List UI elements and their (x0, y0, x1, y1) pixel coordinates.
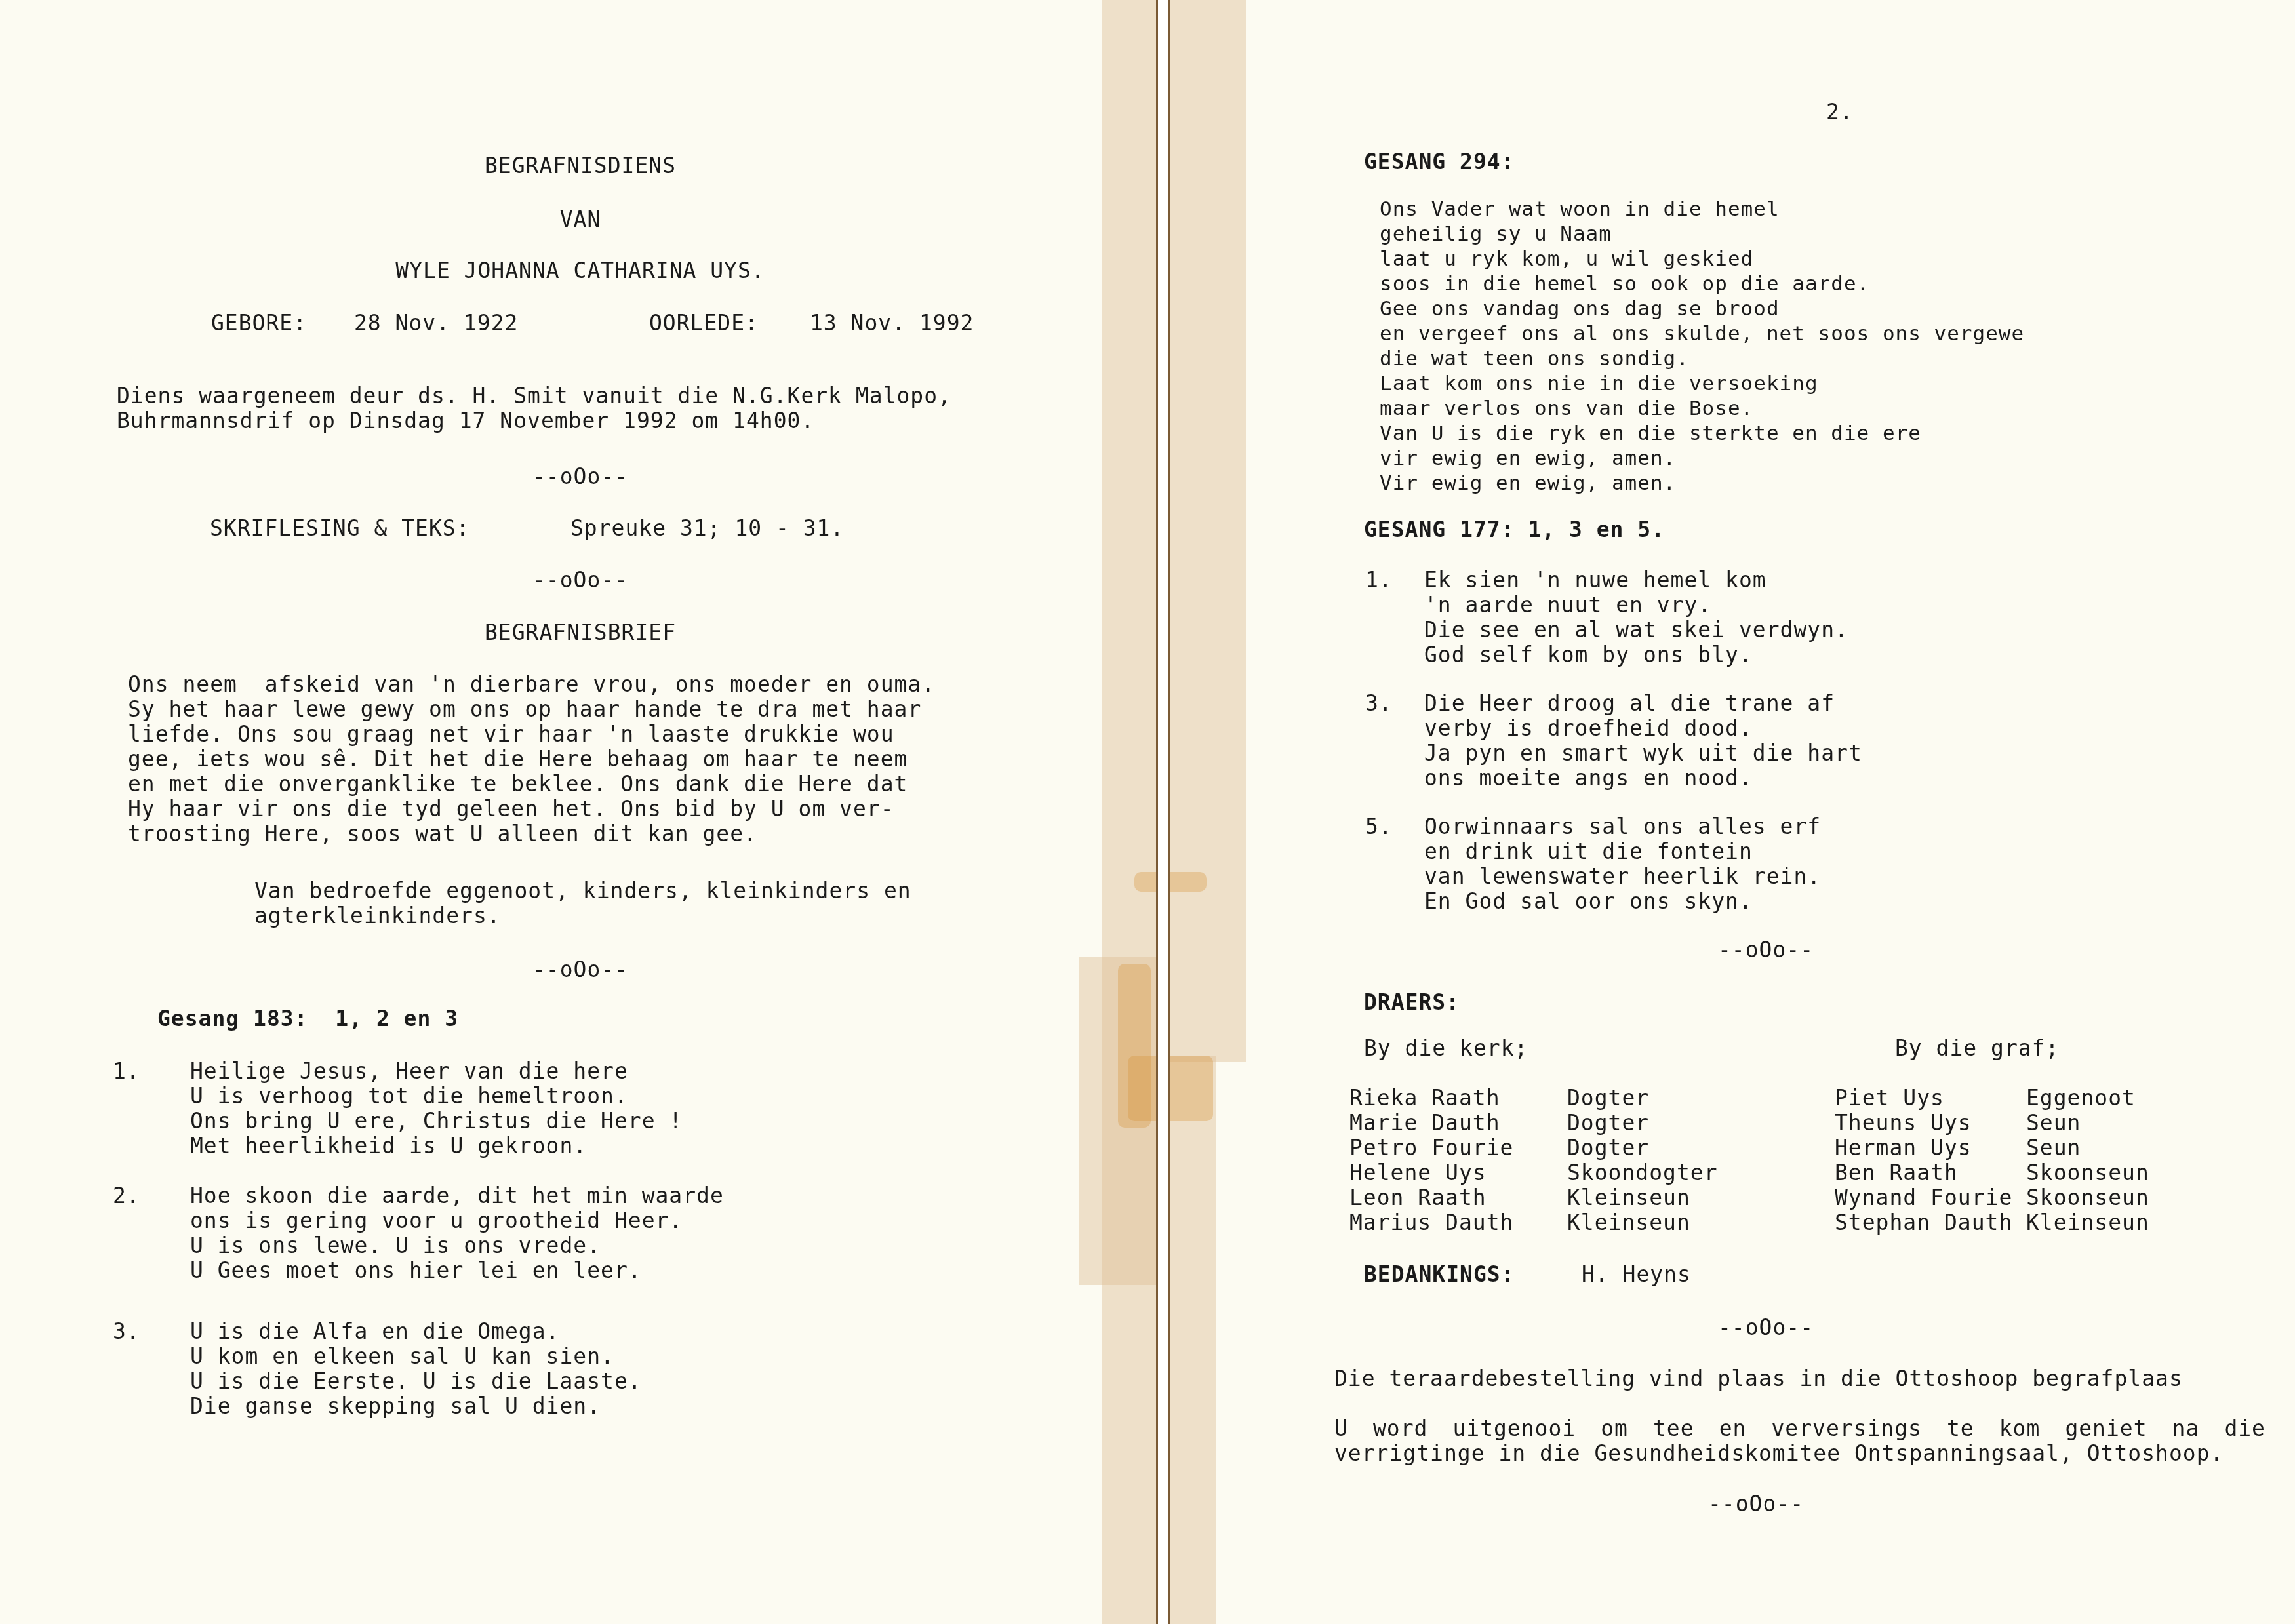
tape-strip (1102, 0, 1161, 1624)
separator: --oOo-- (0, 568, 1161, 593)
grave-bearers-relations: Eggenoot Seun Seun Skoonseun Skoonseun K… (2026, 1086, 2149, 1235)
verse-number: 3. (1365, 691, 1393, 716)
verse-number: 1. (113, 1059, 140, 1084)
page-number: 2. (1826, 100, 1854, 125)
tape-stain (1128, 1056, 1213, 1121)
thanks-value: H. Heyns (1582, 1262, 1691, 1287)
hymn-183-verse: Hoe skoon die aarde, dit het min waarde … (190, 1183, 724, 1283)
letter-signoff: Van bedroefde eggenoot, kinders, kleinki… (254, 879, 911, 928)
grave-bearers-names: Piet Uys Theuns Uys Herman Uys Ben Raath… (1835, 1086, 2012, 1235)
scripture-label: SKRIFLESING & TEKS: (210, 516, 470, 541)
tape-strip (1164, 0, 1246, 1062)
grave-bearers-heading: By die graf; (1895, 1036, 2059, 1061)
church-bearers-relations: Dogter Dogter Dogter Skoondogter Kleinse… (1567, 1086, 1718, 1235)
verse-number: 3. (113, 1319, 140, 1344)
verse-number: 2. (113, 1183, 140, 1208)
church-bearers-heading: By die kerk; (1364, 1036, 1528, 1061)
burial-text: Die teraardebestelling vind plaas in die… (1334, 1366, 2183, 1391)
service-title: BEGRAFNISDIENS (0, 153, 1161, 178)
deceased-name: WYLE JOHANNA CATHARINA UYS. (0, 258, 1161, 283)
hymn-177-verse: Die Heer droog al die trane af verby is … (1424, 691, 1862, 791)
church-bearers-names: Rieka Raath Marie Dauth Petro Fourie Hel… (1349, 1086, 1513, 1235)
hymn-177-verse: Ek sien 'n nuwe hemel kom 'n aarde nuut … (1424, 568, 1848, 667)
separator: --oOo-- (0, 957, 1161, 982)
letter-body: Ons neem afskeid van 'n dierbare vrou, o… (128, 672, 935, 846)
van-label: VAN (0, 207, 1161, 232)
born-label: GEBORE: (211, 311, 307, 336)
invitation-text: U word uitgenooi om tee en verversings t… (1334, 1416, 2265, 1466)
hymn-294-text: Ons Vader wat woon in die hemel geheilig… (1380, 197, 2024, 496)
separator: --oOo-- (0, 464, 1161, 489)
separator: --oOo-- (1708, 1492, 1804, 1516)
tape-stain (1134, 872, 1207, 892)
died-label: OORLEDE: (649, 311, 759, 336)
scripture-reference: Spreuke 31; 10 - 31. (570, 516, 844, 541)
separator: --oOo-- (1718, 938, 1814, 962)
page-fold (1156, 0, 1170, 1624)
died-date: 13 Nov. 1992 (810, 311, 974, 336)
verse-number: 1. (1365, 568, 1393, 593)
hymn-183-heading: Gesang 183: 1, 2 en 3 (157, 1006, 458, 1031)
born-date: 28 Nov. 1922 (354, 311, 518, 336)
thanks-label: BEDANKINGS: (1364, 1262, 1515, 1287)
letter-heading: BEGRAFNISBRIEF (0, 620, 1161, 645)
hymn-294-heading: GESANG 294: (1364, 149, 1515, 174)
tape-strip (1164, 1056, 1216, 1624)
service-details: Diens waargeneem deur ds. H. Smit vanuit… (117, 384, 951, 433)
hymn-183-verse: Heilige Jesus, Heer van die here U is ve… (190, 1059, 683, 1159)
hymn-183-verse: U is die Alfa en die Omega. U kom en elk… (190, 1319, 642, 1419)
verse-number: 5. (1365, 814, 1393, 839)
bearers-heading: DRAERS: (1364, 990, 1460, 1015)
hymn-177-heading: GESANG 177: 1, 3 en 5. (1364, 517, 1665, 542)
hymn-177-verse: Oorwinnaars sal ons alles erf en drink u… (1424, 814, 1821, 914)
separator: --oOo-- (1718, 1315, 1814, 1340)
